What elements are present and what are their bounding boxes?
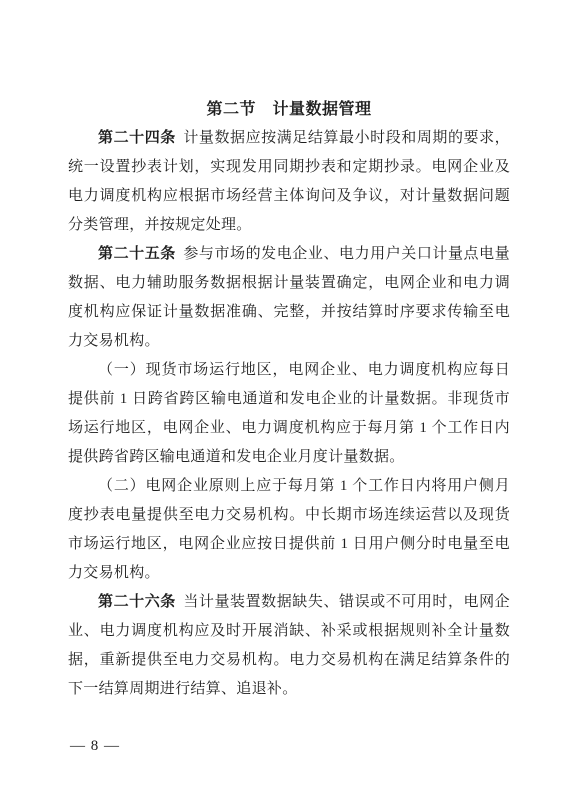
document-page: 第二节 计量数据管理 第二十四条计量数据应按满足结算最小时段和周期的要求，统一设… bbox=[0, 0, 574, 810]
paragraph-article-26: 第二十六条当计量装置数据缺失、错误或不可用时，电网企业、电力调度机构应及时开展消… bbox=[68, 588, 510, 704]
paragraph-item-1: （一）现货市场运行地区，电网企业、电力调度机构应每日提供前 1 日跨省跨区输电通… bbox=[68, 356, 510, 472]
article-25-number: 第二十五条 bbox=[98, 246, 176, 262]
article-26-number: 第二十六条 bbox=[98, 594, 176, 610]
article-24-number: 第二十四条 bbox=[98, 130, 176, 146]
paragraph-article-25: 第二十五条参与市场的发电企业、电力用户关口计量点电量数据、电力辅助服务数据根据计… bbox=[68, 240, 510, 356]
document-body: 第二节 计量数据管理 第二十四条计量数据应按满足结算最小时段和周期的要求，统一设… bbox=[68, 95, 510, 704]
section-heading: 第二节 计量数据管理 bbox=[68, 95, 510, 124]
paragraph-article-24: 第二十四条计量数据应按满足结算最小时段和周期的要求，统一设置抄表计划，实现发用同… bbox=[68, 124, 510, 240]
paragraph-item-2: （二）电网企业原则上应于每月第 1 个工作日内将用户侧月度抄表电量提供至电力交易… bbox=[68, 472, 510, 588]
page-number: — 8 — bbox=[70, 736, 120, 756]
